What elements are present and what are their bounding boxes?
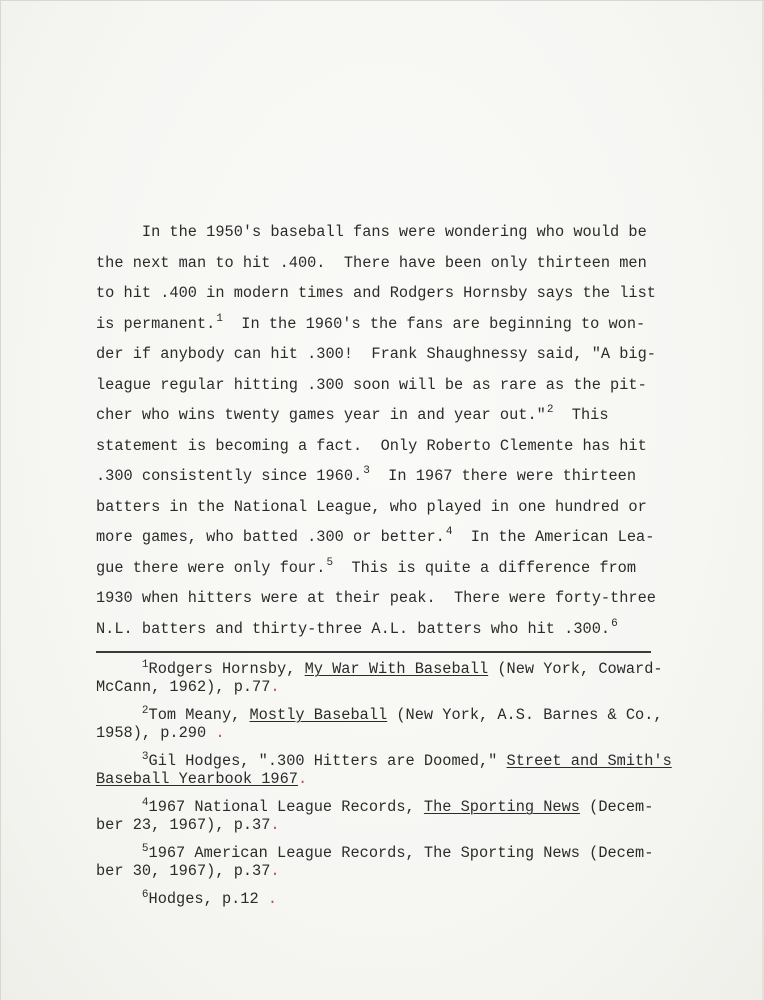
typewritten-page: In the 1950's baseball fans were wonderi… xyxy=(0,0,764,1000)
body-line: .300 consistently since 1960.3 In 1967 t… xyxy=(96,461,696,492)
body-line: 1930 when hitters were at their peak. Th… xyxy=(96,583,696,614)
footnote-line: McCann, 1962), p.77. xyxy=(96,678,716,696)
footnotes-section: 1Rodgers Hornsby, My War With Baseball (… xyxy=(96,660,716,918)
body-line-text: In the 1960's the fans are beginning to … xyxy=(223,315,645,333)
body-line-text: This is quite a difference from xyxy=(333,559,636,577)
body-line: N.L. batters and thirty-three A.L. batte… xyxy=(96,614,696,645)
footnote-line: 1Rodgers Hornsby, My War With Baseball (… xyxy=(96,660,716,678)
footnote-reference: 3 xyxy=(363,465,370,477)
body-line-text: der if anybody can hit .300! Frank Shaug… xyxy=(96,345,656,363)
red-period-mark: . xyxy=(270,862,279,880)
footnote-text: (New York, A.S. Barnes & Co., xyxy=(387,706,662,724)
cited-title: Baseball Yearbook 1967 xyxy=(96,770,298,788)
footnote-text: Rodgers Hornsby, xyxy=(149,660,305,678)
footnote-number: 5 xyxy=(142,843,149,855)
footnote-text: Hodges, p.12 xyxy=(149,890,268,908)
body-line: the next man to hit .400. There have bee… xyxy=(96,248,696,279)
body-line: cher who wins twenty games year in and y… xyxy=(96,400,696,431)
footnote-6: 6Hodges, p.12 . xyxy=(96,890,716,908)
body-line: gue there were only four.5 This is quite… xyxy=(96,553,696,584)
body-line-text: In 1967 there were thirteen xyxy=(370,467,636,485)
footnote-line: Baseball Yearbook 1967. xyxy=(96,770,716,788)
footnote-text: Tom Meany, xyxy=(149,706,250,724)
footnote-reference: 6 xyxy=(611,618,618,630)
body-line-text: to hit .400 in modern times and Rodgers … xyxy=(96,284,656,302)
body-line-text: is permanent. xyxy=(96,315,215,333)
body-line-text: In the 1950's baseball fans were wonderi… xyxy=(96,223,647,241)
red-period-mark: . xyxy=(298,770,307,788)
body-line: der if anybody can hit .300! Frank Shaug… xyxy=(96,339,696,370)
footnote-1: 1Rodgers Hornsby, My War With Baseball (… xyxy=(96,660,716,696)
footnote-separator-rule xyxy=(96,651,651,653)
footnote-line: 3Gil Hodges, ".300 Hitters are Doomed," … xyxy=(96,752,716,770)
footnote-5: 51967 American League Records, The Sport… xyxy=(96,844,716,880)
footnote-number: 2 xyxy=(142,705,149,717)
body-line-text: batters in the National League, who play… xyxy=(96,498,647,516)
body-line-text: This xyxy=(553,406,608,424)
red-period-mark: . xyxy=(215,724,224,742)
footnote-text: ber 30, 1967), p.37 xyxy=(96,862,270,880)
footnote-line: ber 30, 1967), p.37. xyxy=(96,862,716,880)
body-line: statement is becoming a fact. Only Rober… xyxy=(96,431,696,462)
body-line: batters in the National League, who play… xyxy=(96,492,696,523)
cited-title: My War With Baseball xyxy=(305,660,489,678)
footnote-text: 1967 American League Records, The Sporti… xyxy=(149,844,654,862)
footnote-reference: 1 xyxy=(216,313,223,325)
cited-title: Street and Smith's xyxy=(507,752,672,770)
footnote-line: 2Tom Meany, Mostly Baseball (New York, A… xyxy=(96,706,716,724)
body-line-text: more games, who batted .300 or better. xyxy=(96,528,445,546)
footnote-text: McCann, 1962), p.77 xyxy=(96,678,270,696)
footnote-text: Gil Hodges, ".300 Hitters are Doomed," xyxy=(149,752,507,770)
red-period-mark: . xyxy=(268,890,277,908)
red-period-mark: . xyxy=(270,678,279,696)
red-period-mark: . xyxy=(270,816,279,834)
body-line: more games, who batted .300 or better.4 … xyxy=(96,522,696,553)
body-line-text: cher who wins twenty games year in and y… xyxy=(96,406,546,424)
footnote-text: 1958), p.290 xyxy=(96,724,215,742)
footnote-3: 3Gil Hodges, ".300 Hitters are Doomed," … xyxy=(96,752,716,788)
body-line-text: 1930 when hitters were at their peak. Th… xyxy=(96,589,656,607)
footnote-text: (New York, Coward- xyxy=(488,660,662,678)
footnote-reference: 4 xyxy=(446,526,453,538)
body-line-text: the next man to hit .400. There have bee… xyxy=(96,254,647,272)
footnote-line: 1958), p.290 . xyxy=(96,724,716,742)
footnote-number: 3 xyxy=(142,751,149,763)
body-line-text: gue there were only four. xyxy=(96,559,326,577)
body-line: is permanent.1 In the 1960's the fans ar… xyxy=(96,309,696,340)
footnote-reference: 5 xyxy=(327,557,334,569)
footnote-2: 2Tom Meany, Mostly Baseball (New York, A… xyxy=(96,706,716,742)
footnote-text: (Decem- xyxy=(580,798,653,816)
footnote-reference: 2 xyxy=(547,404,554,416)
body-line-text: N.L. batters and thirty-three A.L. batte… xyxy=(96,620,610,638)
body-line: In the 1950's baseball fans were wonderi… xyxy=(96,217,696,248)
body-line-text: league regular hitting .300 soon will be… xyxy=(96,376,647,394)
footnote-text: 1967 National League Records, xyxy=(149,798,424,816)
footnote-line: 6Hodges, p.12 . xyxy=(96,890,716,908)
cited-title: Mostly Baseball xyxy=(250,706,388,724)
body-line-text: statement is becoming a fact. Only Rober… xyxy=(96,437,647,455)
body-line-text: .300 consistently since 1960. xyxy=(96,467,362,485)
body-paragraph: In the 1950's baseball fans were wonderi… xyxy=(96,217,696,644)
footnote-number: 4 xyxy=(142,797,149,809)
footnote-line: 51967 American League Records, The Sport… xyxy=(96,844,716,862)
footnote-line: 41967 National League Records, The Sport… xyxy=(96,798,716,816)
footnote-text: ber 23, 1967), p.37 xyxy=(96,816,270,834)
body-line: to hit .400 in modern times and Rodgers … xyxy=(96,278,696,309)
footnote-number: 6 xyxy=(142,889,149,901)
footnote-line: ber 23, 1967), p.37. xyxy=(96,816,716,834)
footnote-4: 41967 National League Records, The Sport… xyxy=(96,798,716,834)
body-line-text: In the American Lea- xyxy=(452,528,654,546)
body-line: league regular hitting .300 soon will be… xyxy=(96,370,696,401)
cited-title: The Sporting News xyxy=(424,798,580,816)
footnote-number: 1 xyxy=(142,659,149,671)
